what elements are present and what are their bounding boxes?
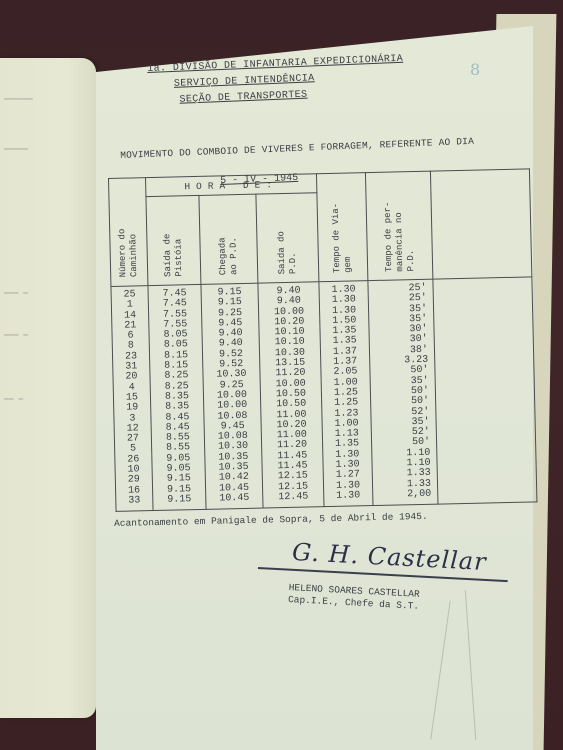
col-header-departure-pd: Saída do P.D. bbox=[256, 193, 319, 283]
cell-dep-pd: 12.45 bbox=[263, 492, 324, 508]
bleed-through-text: ▬▬▬ ▬ bbox=[4, 330, 28, 339]
bleed-through-text: ▬▬▬▬▬▬ bbox=[4, 94, 33, 103]
cell-stay: 2,00 bbox=[373, 490, 438, 506]
col-label: Número do Caminhão bbox=[115, 225, 142, 282]
cell-blank bbox=[438, 487, 537, 504]
col-header-stay-time: Tempo de per- manência no P.D. bbox=[365, 171, 432, 280]
left-page: ▬▬▬▬▬▬ ▬▬▬▬▬ ▬▬▬ ▬ ▬▬▬ ▬ ▬▬ ▬ bbox=[0, 58, 96, 718]
cell-dep-pistoia: 9.15 bbox=[153, 495, 206, 511]
col-header-blank bbox=[430, 169, 531, 279]
table-body: 25 7.45 9.15 9.40 1.30 25' 1 7.45 9.15 9… bbox=[111, 277, 537, 512]
convoy-table: Número do Caminhão HORA DE: Tempo de Via… bbox=[108, 168, 537, 512]
col-header-travel-time: Tempo de Via- gem bbox=[316, 173, 367, 282]
convoy-table-wrapper: Número do Caminhão HORA DE: Tempo de Via… bbox=[108, 168, 537, 512]
col-header-truck-number: Número do Caminhão bbox=[109, 178, 148, 287]
col-header-departure-pistoia: Saída de Pistóia bbox=[146, 195, 201, 285]
cell-arr-pd: 10.45 bbox=[206, 494, 263, 510]
col-label: Chegada ao P.D. bbox=[215, 233, 242, 279]
bleed-through-text: ▬▬▬▬▬ bbox=[4, 144, 28, 153]
cell-truck: 33 bbox=[116, 496, 153, 512]
page-number: 8 bbox=[470, 60, 480, 79]
col-header-arrival-pd: Chegada ao P.D. bbox=[199, 194, 258, 284]
col-label: Saída de Pistóia bbox=[160, 229, 187, 281]
col-label: Tempo de per- manência no P.D. bbox=[380, 197, 419, 276]
bleed-through-text: ▬▬ ▬ bbox=[4, 394, 23, 403]
bleed-through-text: ▬▬▬ ▬ bbox=[4, 288, 28, 297]
cell-travel: 1.30 bbox=[324, 491, 373, 507]
col-label: Tempo de Via- gem bbox=[329, 198, 357, 277]
col-label: Saída do P.D. bbox=[274, 226, 301, 278]
